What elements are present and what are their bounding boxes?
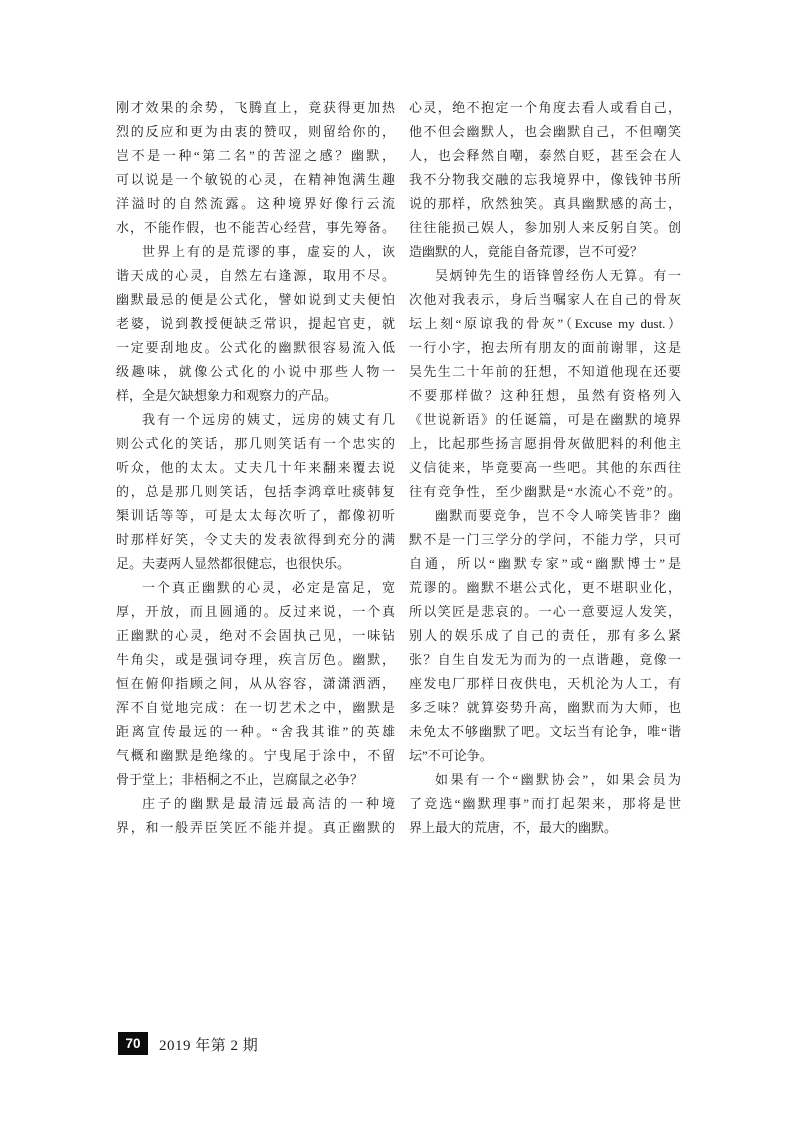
page-number: 70 bbox=[125, 1036, 140, 1051]
text-line: 听众，他的太太。丈夫几十年来翻来覆去说 bbox=[116, 456, 395, 480]
text-line: 水，不能作假，也不能苦心经营，事先筹备。 bbox=[116, 216, 395, 240]
text-line: 界，和一般弄臣笑匠不能并提。真正幽默的 bbox=[116, 816, 395, 840]
text-line: 气概和幽默是绝缘的。宁曳尾于涂中，不留 bbox=[116, 744, 395, 768]
article-body: 刚才效果的余势，飞腾直上，竟获得更加热 烈的反应和更为由衷的赞叹，则留给你的， … bbox=[116, 96, 681, 840]
text-line: 吴炳钟先生的语锋曾经伤人无算。有一 bbox=[409, 264, 681, 288]
page-sheet: 刚才效果的余势，飞腾直上，竟获得更加热 烈的反应和更为由衷的赞叹，则留给你的， … bbox=[0, 0, 793, 1122]
text-line: 张？自生自发无为而为的一点谐趣，竟像一 bbox=[409, 648, 681, 672]
text-line: 洋溢时的自然流露。这种境界好像行云流 bbox=[116, 192, 395, 216]
text-line: 未免太不够幽默了吧。文坛当有论争，唯“谐 bbox=[409, 720, 681, 744]
text-line: 正幽默的心灵，绝对不会固执己见，一味钻 bbox=[116, 624, 395, 648]
text-line: 牛角尖，或是强词夺理，疾言厉色。幽默， bbox=[116, 648, 395, 672]
text-line: 坛上刻“原谅我的骨灰”（Excuse my dust.） bbox=[409, 312, 681, 336]
text-line: 所以笑匠是悲哀的。一心一意要逗人发笑， bbox=[409, 600, 681, 624]
text-line: 上，比起那些扬言愿捐骨灰做肥料的利他主 bbox=[409, 432, 681, 456]
text-line: 世界上有的是荒谬的事，虚妄的人，诙 bbox=[116, 240, 395, 264]
text-line: 荒谬的。幽默不堪公式化，更不堪职业化， bbox=[409, 576, 681, 600]
paragraph: 庄子的幽默是最清远最高洁的一种境 界，和一般弄臣笑匠不能并提。真正幽默的 bbox=[116, 792, 395, 840]
text-line: 我不分物我交融的忘我境界中，像钱钟书所 bbox=[409, 168, 681, 192]
paragraph: 刚才效果的余势，飞腾直上，竟获得更加热 烈的反应和更为由衷的赞叹，则留给你的， … bbox=[116, 96, 395, 240]
text-line: 我有一个远房的姨丈，远房的姨丈有几 bbox=[116, 408, 395, 432]
text-line: 了竞选“幽默理事”而打起架来，那将是世 bbox=[409, 792, 681, 816]
page-number-badge: 70 bbox=[118, 1032, 148, 1055]
text-line: 烈的反应和更为由衷的赞叹，则留给你的， bbox=[116, 120, 395, 144]
text-line: 刚才效果的余势，飞腾直上，竟获得更加热 bbox=[116, 96, 395, 120]
paragraph: 如果有一个“幽默协会”，如果会员为 了竞选“幽默理事”而打起架来，那将是世 界上… bbox=[409, 768, 681, 840]
text-line: 人，也会释然自嘲，泰然自贬，甚至会在人 bbox=[409, 144, 681, 168]
page-footer: 70 2019 年第 2 期 bbox=[0, 1030, 793, 1060]
text-line: 别人的娱乐成了自己的责任，那有多么紧 bbox=[409, 624, 681, 648]
text-line: 岂不是一种“第二名”的苦涩之感？幽默， bbox=[116, 144, 395, 168]
text-line: 自通，所以“幽默专家”或“幽默博士”是 bbox=[409, 552, 681, 576]
text-line: 坛”不可论争。 bbox=[409, 744, 681, 768]
text-line: 座发电厂那样日夜供电，天机沦为人工，有 bbox=[409, 672, 681, 696]
text-line: 厚，开放，而且圆通的。反过来说，一个真 bbox=[116, 600, 395, 624]
text-line: 老婆，说到教授便缺乏常识，提起官吏，就 bbox=[116, 312, 395, 336]
text-line: 次他对我表示，身后当嘱家人在自己的骨灰 bbox=[409, 288, 681, 312]
text-line: 一行小字，抱去所有朋友的面前谢罪，这是 bbox=[409, 336, 681, 360]
text-line: 心灵，绝不抱定一个角度去看人或看自己， bbox=[409, 96, 681, 120]
text-line: 谐天成的心灵，自然左右逢源，取用不尽。 bbox=[116, 264, 395, 288]
text-line: 距离宣传最远的一种。“舍我其谁”的英雄 bbox=[116, 720, 395, 744]
text-line: 一定要刮地皮。公式化的幽默很容易流入低 bbox=[116, 336, 395, 360]
text-line: 一个真正幽默的心灵，必定是富足，宽 bbox=[116, 576, 395, 600]
paragraph: 心灵，绝不抱定一个角度去看人或看自己， 他不但会幽默人，也会幽默自己，不但嘲笑 … bbox=[409, 96, 681, 264]
text-line: 如果有一个“幽默协会”，如果会员为 bbox=[409, 768, 681, 792]
text-line: 幽默最忌的便是公式化，譬如说到丈夫便怕 bbox=[116, 288, 395, 312]
right-column: 心灵，绝不抱定一个角度去看人或看自己， 他不但会幽默人，也会幽默自己，不但嘲笑 … bbox=[409, 96, 681, 840]
text-line: 多乏味？就算姿势升高，幽默而为大师，也 bbox=[409, 696, 681, 720]
text-line: 幽默而要竞争，岂不令人啼笑皆非？幽 bbox=[409, 504, 681, 528]
issue-label: 2019 年第 2 期 bbox=[159, 1034, 258, 1055]
text-line: 骨于堂上；非梧桐之不止，岂腐鼠之必争？ bbox=[116, 768, 395, 792]
paragraph: 幽默而要竞争，岂不令人啼笑皆非？幽 默不是一门三学分的学问，不能力学，只可 自通… bbox=[409, 504, 681, 768]
text-line: 界上最大的荒唐，不，最大的幽默。 bbox=[409, 816, 681, 840]
text-line: 庄子的幽默是最清远最高洁的一种境 bbox=[116, 792, 395, 816]
text-line: 往往能损己娱人，参加别人来反躬自笑。创 bbox=[409, 216, 681, 240]
text-line: 榘训话等等，可是太太每次听了，都像初听 bbox=[116, 504, 395, 528]
text-line: 级趣味，就像公式化的小说中那些人物一 bbox=[116, 360, 395, 384]
text-line: 则公式化的笑话，那几则笑话有一个忠实的 bbox=[116, 432, 395, 456]
paragraph: 一个真正幽默的心灵，必定是富足，宽 厚，开放，而且圆通的。反过来说，一个真 正幽… bbox=[116, 576, 395, 792]
text-line: 可以说是一个敏锐的心灵，在精神饱满生趣 bbox=[116, 168, 395, 192]
text-line: 义信徒来，毕竟要高一些吧。其他的东西往 bbox=[409, 456, 681, 480]
text-line: 时那样好笑，令丈夫的发表欲得到充分的满 bbox=[116, 528, 395, 552]
paragraph: 吴炳钟先生的语锋曾经伤人无算。有一 次他对我表示，身后当嘱家人在自己的骨灰 坛上… bbox=[409, 264, 681, 504]
text-line: 往有竞争性，至少幽默是“水流心不竞”的。 bbox=[409, 480, 681, 504]
text-line: 他不但会幽默人，也会幽默自己，不但嘲笑 bbox=[409, 120, 681, 144]
text-line: 足。夫妻两人显然都很健忘，也很快乐。 bbox=[116, 552, 395, 576]
text-line: 吴先生二十年前的狂想，不知道他现在还要 bbox=[409, 360, 681, 384]
paragraph: 我有一个远房的姨丈，远房的姨丈有几 则公式化的笑话，那几则笑话有一个忠实的 听众… bbox=[116, 408, 395, 576]
text-line: 的，总是那几则笑话，包括李鸿章吐痰韩复 bbox=[116, 480, 395, 504]
text-line: 恒在俯仰指顾之间，从从容容，潇潇洒洒， bbox=[116, 672, 395, 696]
text-line: 默不是一门三学分的学问，不能力学，只可 bbox=[409, 528, 681, 552]
paragraph: 世界上有的是荒谬的事，虚妄的人，诙 谐天成的心灵，自然左右逢源，取用不尽。 幽默… bbox=[116, 240, 395, 408]
text-line: 不要那样做？这种狂想，虽然有资格列入 bbox=[409, 384, 681, 408]
text-line: 样，全是欠缺想象力和观察力的产品。 bbox=[116, 384, 395, 408]
text-line: 造幽默的人，竟能自备荒谬，岂不可爱？ bbox=[409, 240, 681, 264]
text-line: 浑不自觉地完成：在一切艺术之中，幽默是 bbox=[116, 696, 395, 720]
left-column: 刚才效果的余势，飞腾直上，竟获得更加热 烈的反应和更为由衷的赞叹，则留给你的， … bbox=[116, 96, 395, 840]
text-line: 《世说新语》的任诞篇，可是在幽默的境界 bbox=[409, 408, 681, 432]
text-line: 说的那样，欣然独笑。真具幽默感的高士， bbox=[409, 192, 681, 216]
